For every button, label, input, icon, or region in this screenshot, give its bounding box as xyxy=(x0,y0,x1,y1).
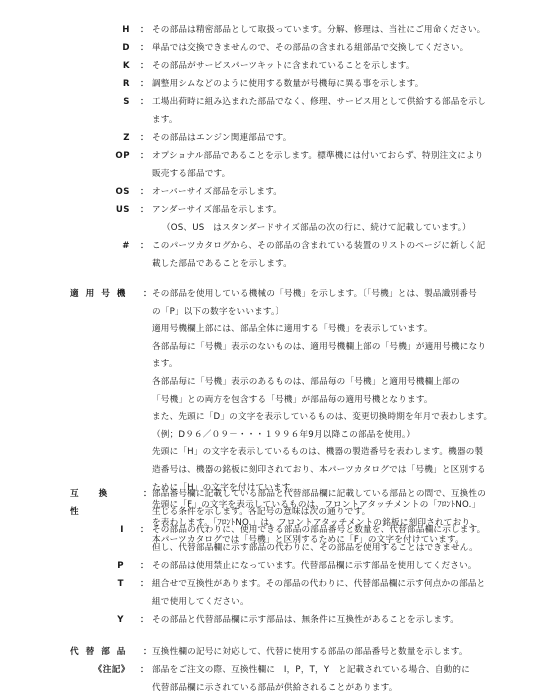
section-description: 部品番号欄に記載している部品と代替部品欄に記載している部品との間で、互換性の 生… xyxy=(152,486,482,521)
legend-key: H xyxy=(90,22,130,40)
code-key: T xyxy=(100,576,124,594)
legend-key: D xyxy=(90,40,130,58)
section-heading: 適用号機 xyxy=(70,286,142,304)
legend-description: オプショナル部品であることを示します。標準機には付いておらず、特別注文により 販… xyxy=(152,148,482,183)
code-description: 組合せで互換性があります。その部品の代わりに、代替部品欄に示す何点かの部品と 組… xyxy=(152,576,482,611)
code-colon: ： xyxy=(140,558,149,576)
legend-key: OS xyxy=(90,184,130,202)
note-description: 部品をご注文の際、互換性欄に I，P，T，Y と記載されている場合、自動的に 代… xyxy=(152,662,482,697)
code-colon: ： xyxy=(140,576,149,594)
code-key: Y xyxy=(100,612,124,630)
legend-colon: ： xyxy=(140,22,149,40)
legend-description: その部品がサービスパーツキットに含まれていることを示します。 xyxy=(152,58,482,76)
legend-colon: ： xyxy=(140,184,149,202)
legend-colon: ： xyxy=(140,76,149,94)
legend-key: K xyxy=(90,58,130,76)
legend-description: 工場出荷時に組み込まれた部品でなく、修理、サービス用として供給する部品を示し ま… xyxy=(152,94,482,129)
legend-colon: ： xyxy=(140,94,149,112)
legend-key: R xyxy=(90,76,130,94)
legend-colon: ： xyxy=(140,238,149,256)
legend-colon: ： xyxy=(140,130,149,148)
note-label: 《注記》 xyxy=(88,662,130,680)
section-heading: 代替部品 xyxy=(70,644,142,662)
note-colon: ： xyxy=(140,662,149,680)
legend-colon: ： xyxy=(140,202,149,220)
legend-description: その部品は精密部品として取扱っています。分解、修理は、当社にご用命ください。 xyxy=(152,22,482,40)
code-key: P xyxy=(100,558,124,576)
code-description: その部品と代替部品欄に示す部品は、無条件に互換性があることを示します。 xyxy=(152,612,482,630)
section-colon: ： xyxy=(143,644,152,662)
legend-colon: ： xyxy=(140,58,149,76)
section-description: 互換性欄の記号に対応して、代替に使用する部品の部品番号と数量を示します。 xyxy=(152,644,482,662)
parts-catalog-legend-page: H ： その部品は精密部品として取扱っています。分解、修理は、当社にご用命くださ… xyxy=(0,0,541,700)
code-colon: ： xyxy=(140,522,149,540)
section-heading: 互換性 xyxy=(70,486,142,521)
legend-key: S xyxy=(90,94,130,112)
code-colon: ： xyxy=(140,612,149,630)
legend-key: # xyxy=(90,238,130,256)
legend-key: Z xyxy=(90,130,130,148)
legend-key: US xyxy=(90,202,130,220)
legend-description: このパーツカタログから、その部品の含まれている装置のリストのページに新しく記 載… xyxy=(152,238,482,273)
legend-colon: ： xyxy=(140,148,149,166)
legend-description: オーバーサイズ部品を示します。 xyxy=(152,184,482,202)
legend-description: 調整用シムなどのように使用する数量が号機毎に異る事を示します。 xyxy=(152,76,482,94)
legend-description: アンダーサイズ部品を示します。 （OS、US はスタンダードサイズ部品の次の行に… xyxy=(152,202,482,237)
legend-description: その部品はエンジン関連部品です。 xyxy=(152,130,482,148)
code-description: その部品は使用禁止になっています。代替部品欄に示す部品を使用してください。 xyxy=(152,558,482,576)
legend-key: OP xyxy=(90,148,130,166)
code-key: I xyxy=(100,522,124,540)
legend-description: 単品では交換できませんので、その部品の含まれる組部品で交換してください。 xyxy=(152,40,482,58)
section-colon: ： xyxy=(143,286,152,304)
section-colon: ： xyxy=(143,486,152,504)
code-description: その部品の代わりに、使用できる部品の部品番号と数量を、代替部品欄に示します。 但… xyxy=(152,522,482,557)
legend-colon: ： xyxy=(140,40,149,58)
